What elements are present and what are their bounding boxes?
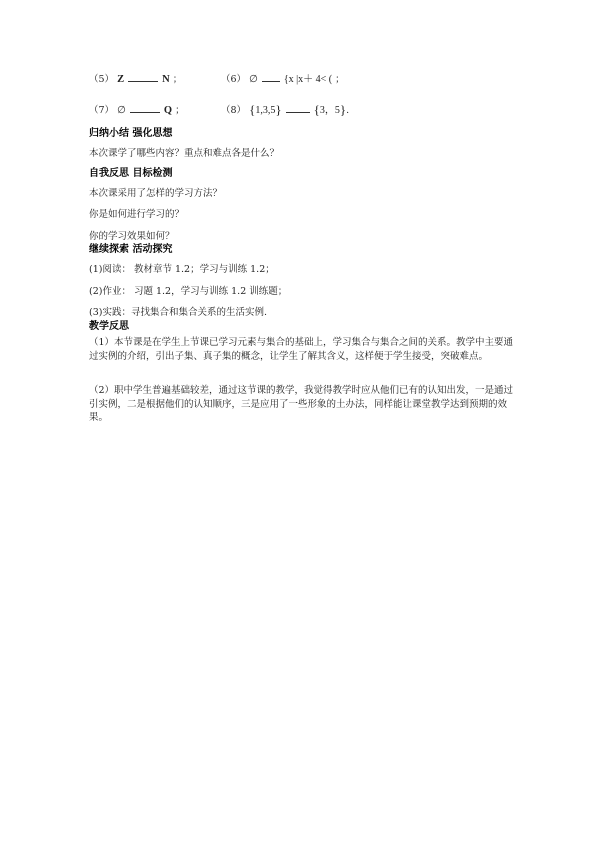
empty-set-symbol: ∅ (249, 74, 258, 85)
empty-set-symbol: ∅ (117, 105, 126, 116)
reflection-line: 本次课采用了怎样的学习方法？ (89, 188, 222, 200)
section-heading-summary: 归纳小结 强化思想 (89, 128, 172, 140)
explore-line-homework: (2)作业： 习题 1.2，学习与训练 1.2 训练题； (89, 286, 287, 298)
exercise-number: （6） (221, 74, 246, 85)
exercise-5: （5） Z N ； (89, 72, 182, 86)
set-q: Q (164, 105, 172, 116)
punctuation: ； (175, 105, 185, 116)
set-items: 3，5 (320, 105, 340, 116)
exercise-number: （5） (89, 74, 114, 85)
explore-line-reading: (1)阅读： 教材章节 1.2；学习与训练 1.2； (89, 264, 275, 276)
summary-line: 本次课学了哪些内容？重点和难点各是什么？ (89, 148, 279, 160)
brace: } (275, 102, 281, 117)
document-page: （5） Z N ； （6） ∅ {x |x＋ 4< ( ； （7） ∅ Q ； … (0, 0, 595, 842)
teaching-paragraph-1: （1）本节课是在学生上节课已学习元素与集合的基础上，学习集合与集合之间的关系。教… (89, 336, 519, 363)
answer-blank[interactable] (130, 103, 160, 113)
exercise-8: （8） {1,3,5} {3，5}. (221, 103, 349, 117)
exercise-6: （6） ∅ {x |x＋ 4< ( ； (221, 72, 345, 86)
punctuation: ； (335, 74, 345, 85)
exercise-7: （7） ∅ Q ； (89, 103, 185, 117)
answer-blank[interactable] (286, 103, 310, 113)
reflection-line: 你的学习效果如何？ (89, 231, 175, 243)
set-items: 1,3,5 (255, 105, 275, 116)
punctuation: . (346, 105, 349, 116)
explore-line-practice: (3)实践：寻找集合和集合关系的生活实例. (89, 307, 267, 319)
exercise-number: （8） (221, 105, 246, 116)
answer-blank[interactable] (128, 72, 158, 82)
reflection-line: 你是如何进行学习的？ (89, 209, 184, 221)
set-n: N (162, 74, 170, 85)
section-heading-reflection: 自我反思 目标检测 (89, 168, 172, 180)
answer-blank[interactable] (262, 72, 280, 82)
teaching-paragraph-2: （2）职中学生普遍基础较差，通过这节课的教学，我觉得教学时应从他们已有的认知出发… (89, 384, 519, 425)
set-expression: {x |x＋ 4< ( (284, 74, 332, 85)
set-z: Z (117, 74, 124, 85)
punctuation: ； (173, 74, 183, 85)
section-heading-teaching: 教学反思 (89, 321, 129, 333)
exercise-number: （7） (89, 105, 114, 116)
section-heading-explore: 继续探索 活动探究 (89, 244, 172, 256)
